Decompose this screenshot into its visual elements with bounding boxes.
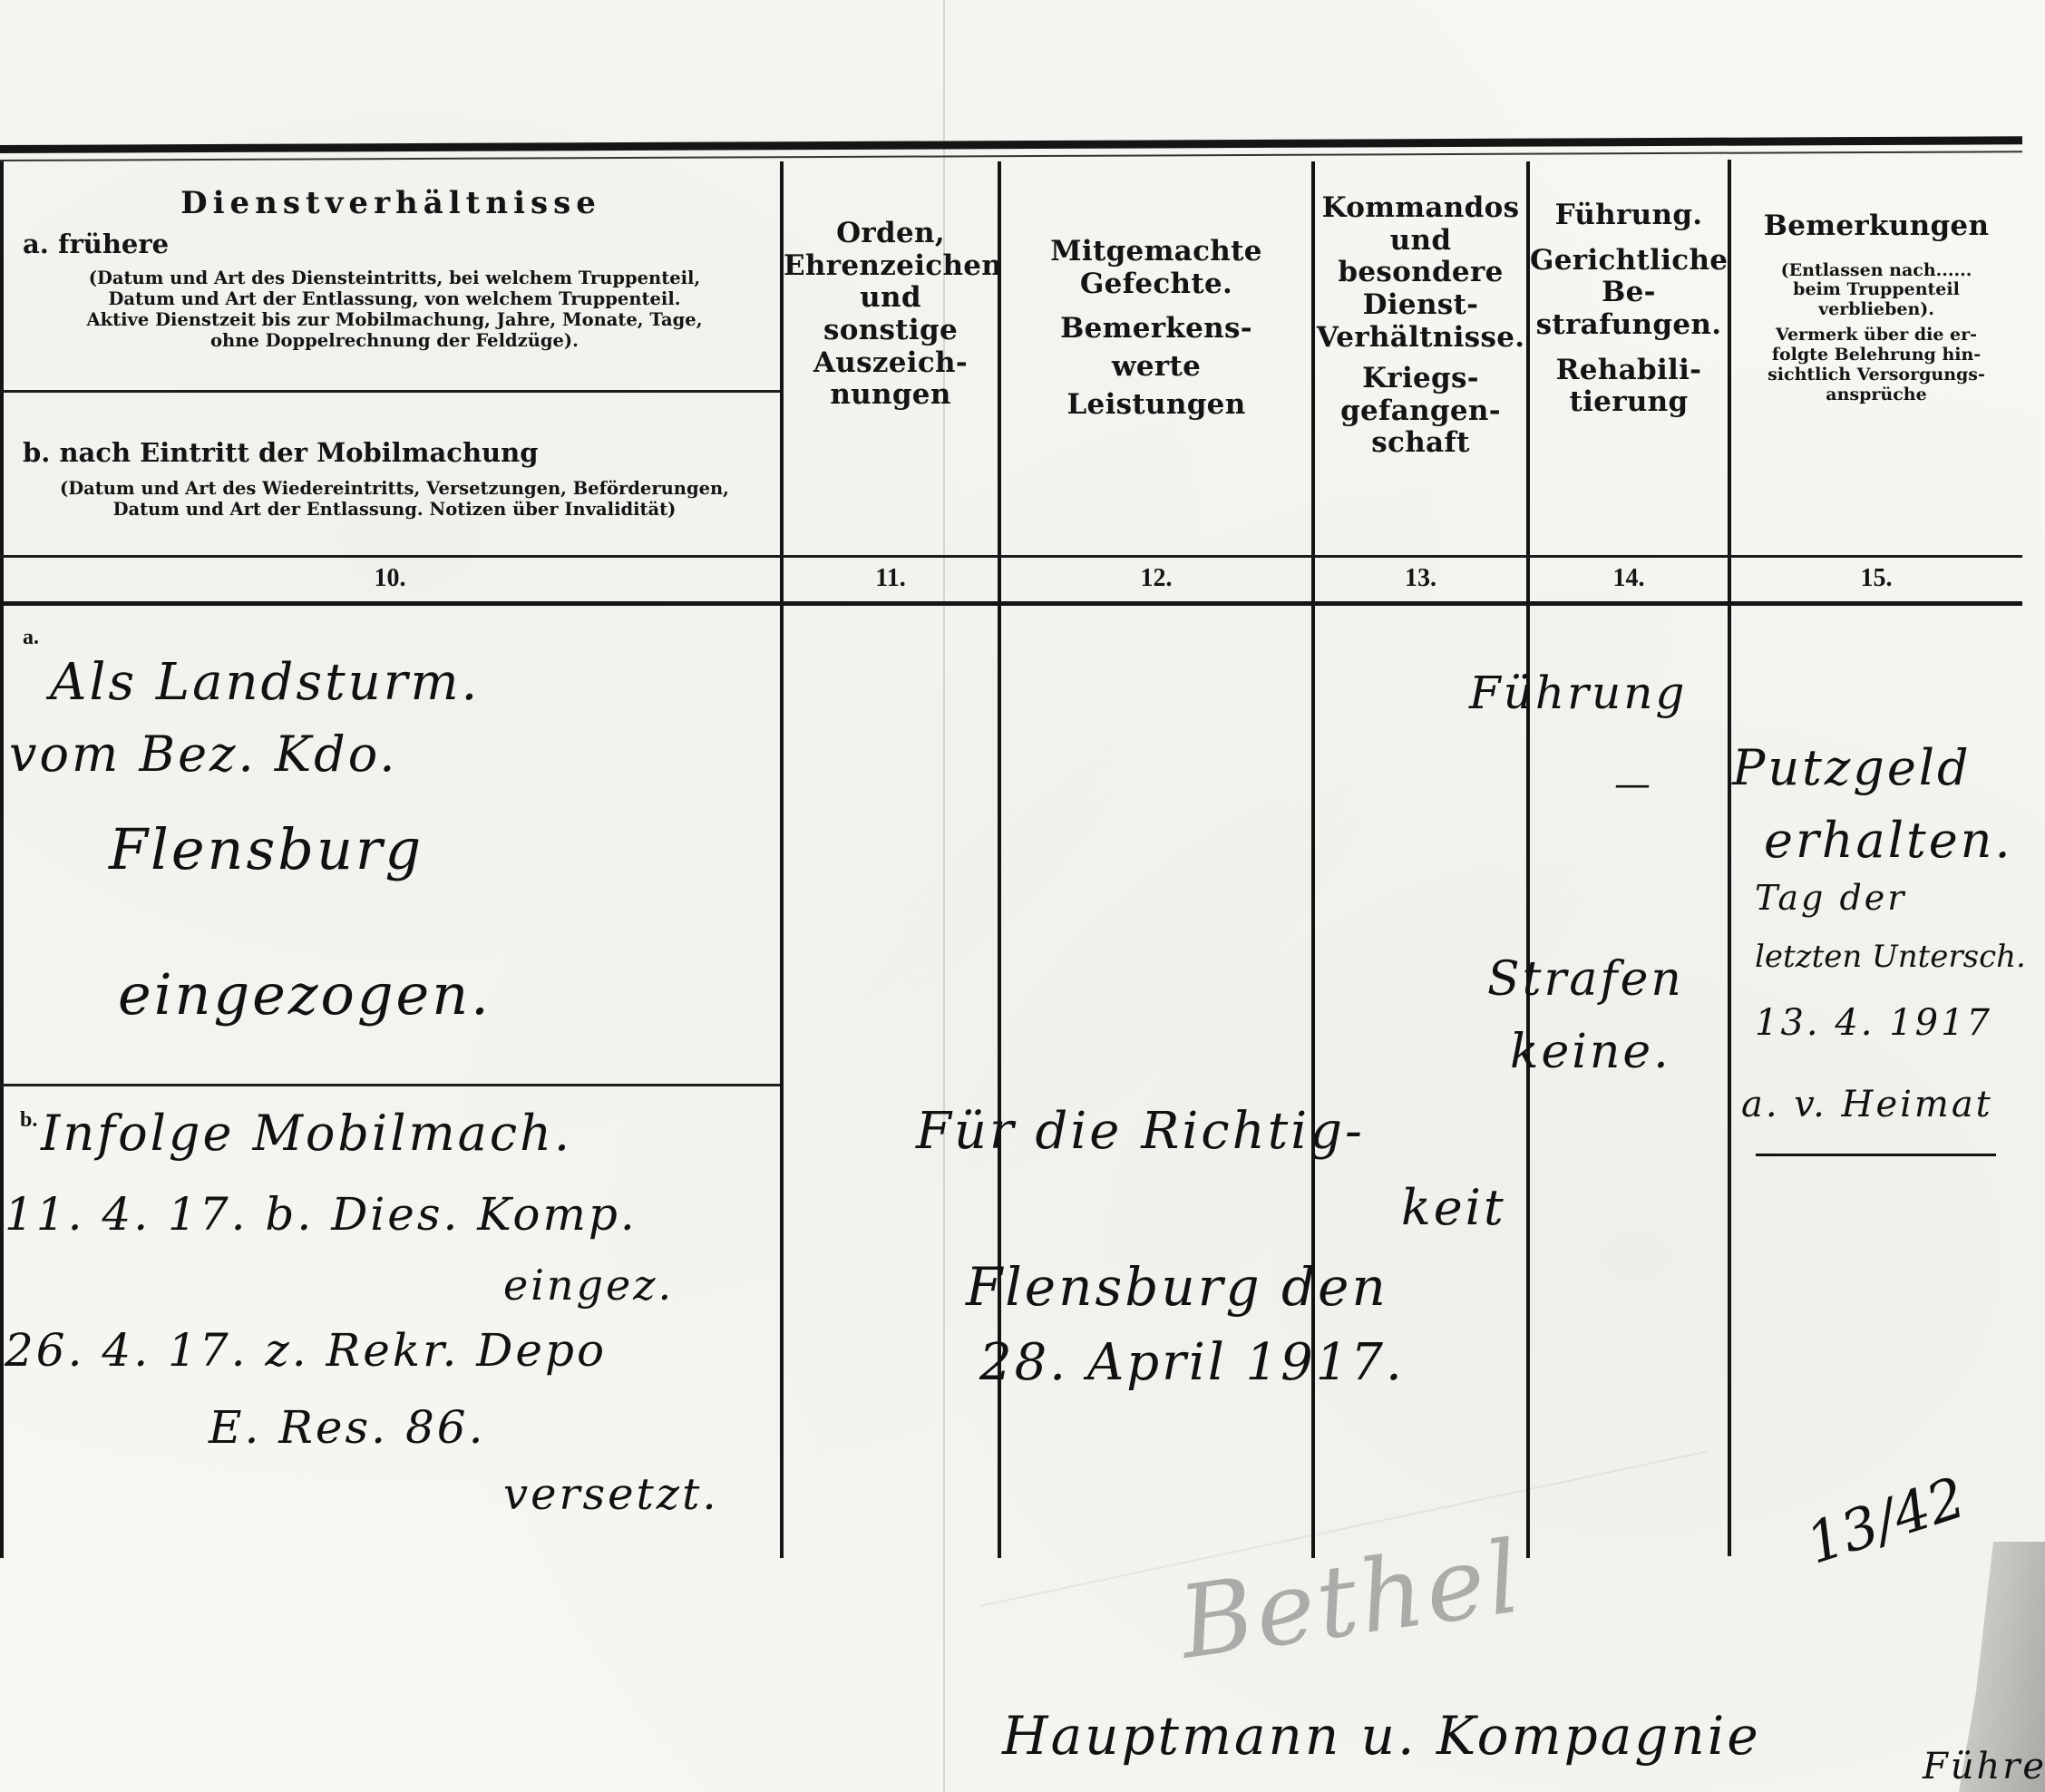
- col14-title: Führung. Gerichtliche Be- strafungen. Re…: [1530, 200, 1728, 419]
- col13-number: 13.: [1315, 564, 1526, 593]
- col10-a-b-divider: [0, 390, 780, 393]
- strafen-line-1: Strafen: [1487, 952, 1684, 1007]
- signature-title-line: Hauptmann u. Kompagnie: [1002, 1705, 1761, 1767]
- remarks-line-1: Putzgeld: [1732, 739, 1972, 796]
- remarks-line-3: Tag der: [1755, 878, 1906, 918]
- col15-number: 15.: [1731, 564, 2021, 593]
- entry-a-line-3: Flensburg: [109, 816, 424, 882]
- col13-title: Kommandos und besondere Dienst- Verhältn…: [1315, 192, 1526, 460]
- col11-title: Orden, Ehrenzeichen und sonstige Auszeic…: [784, 218, 998, 412]
- col10-a-label: a. frühere: [23, 229, 169, 259]
- entry-b-line-2: 11. 4. 17. b. Dies. Komp.: [5, 1188, 638, 1241]
- entry-b-line-3: eingez.: [503, 1261, 674, 1310]
- col12-title: Mitgemachte Gefechte. Bemerkens- werte L…: [1001, 236, 1311, 421]
- signature-title-line-2: Führer: [1923, 1746, 2045, 1787]
- entry-a-label: a.: [23, 626, 39, 650]
- entry-b-line-1: Infolge Mobilmach.: [41, 1105, 572, 1162]
- remarks-line-2: erhalten.: [1764, 812, 2013, 869]
- col11-number: 11.: [784, 564, 998, 593]
- entry-b-line-6: versetzt.: [503, 1469, 719, 1520]
- strafen-line-2: keine.: [1510, 1025, 1671, 1079]
- col10-number: 10.: [0, 564, 780, 593]
- certification-line-1: Für die Richtig-: [916, 1102, 1365, 1161]
- fuehrung-entry: Führung: [1469, 667, 1687, 719]
- entry-b-label: b.: [20, 1108, 37, 1133]
- header-bottom-rule: [0, 601, 2022, 606]
- entry-a-line-4: eingezogen.: [118, 961, 492, 1027]
- entry-b-line-4: 26. 4. 17. z. Rekr. Depo: [5, 1324, 607, 1377]
- certification-line-3: Flensburg den: [966, 1256, 1388, 1318]
- certification-line-2: keit: [1401, 1179, 1506, 1236]
- entry-a-line-2: vom Bez. Kdo.: [9, 726, 397, 783]
- col15-title: Bemerkungen (Entlassen nach...... beim T…: [1731, 210, 2021, 405]
- remarks-underline: [1756, 1154, 1996, 1156]
- entry-a-line-1: Als Landsturm.: [50, 653, 480, 712]
- col12-number: 12.: [1001, 564, 1311, 593]
- col14-number: 14.: [1530, 564, 1728, 593]
- fuehrung-mark: —: [1614, 764, 1653, 805]
- column-divider-left: [0, 161, 4, 1558]
- col10-title: Dienstverhältnisse: [0, 186, 782, 221]
- entry-b-line-5: E. Res. 86.: [209, 1401, 486, 1454]
- remarks-line-4: letzten Untersch.: [1755, 939, 2026, 975]
- col10-a-description: (Datum und Art des Diensteintritts, bei …: [18, 268, 771, 351]
- remarks-line-5: 13. 4. 1917: [1755, 1002, 1992, 1044]
- certification-line-4: 28. April 1917.: [979, 1333, 1405, 1392]
- col10-b-description: (Datum und Art des Wiedereintritts, Vers…: [18, 478, 771, 520]
- entry-a-b-divider: [0, 1084, 780, 1086]
- col10-b-label: b. nach Eintritt der Mobilmachung: [23, 437, 539, 468]
- remarks-line-6: a. v. Heimat: [1741, 1084, 1993, 1125]
- header-number-divider: [0, 555, 2022, 558]
